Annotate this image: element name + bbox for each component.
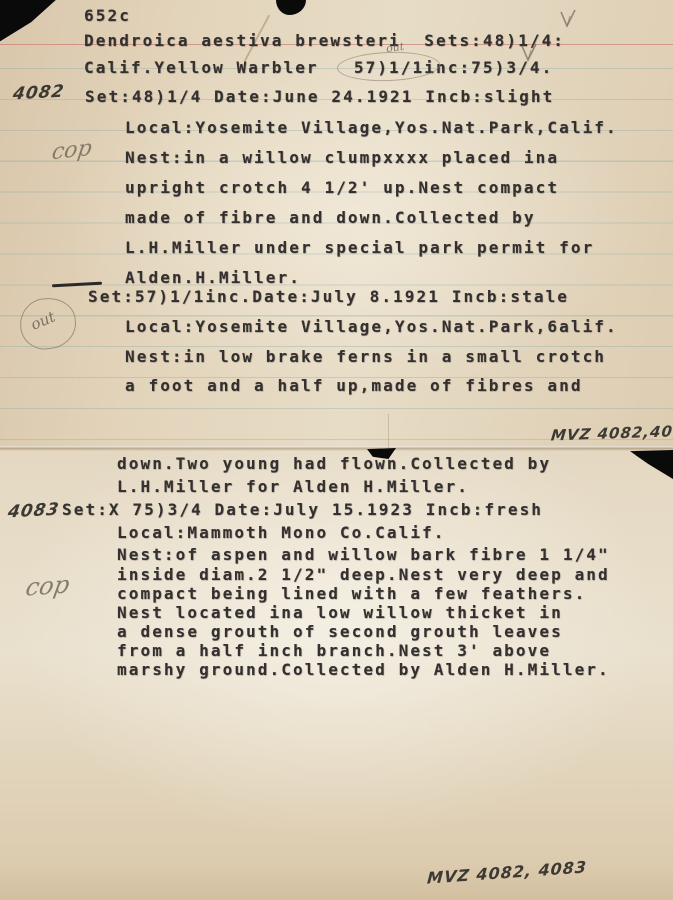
typed-line: Nest located ina low willow thicket in <box>117 604 563 622</box>
typed-line: inside diam.2 1/2" deep.Nest very deep a… <box>117 566 610 584</box>
typed-line: Nest:in low brake ferns in a small crotc… <box>125 348 606 366</box>
scanned-card-photo: 652c Dendroica aestiva brewsteri Sets:48… <box>0 0 673 900</box>
typed-line: Set:X 75)3/4 Date:July 15.1923 Incb:fres… <box>62 501 543 519</box>
typed-line: compact being lined with a few feathers. <box>117 585 586 603</box>
card-overlap-edge <box>0 446 673 451</box>
typed-line: down.Two young had flown.Collected by <box>117 455 551 473</box>
typed-line: Set:48)1/4 Date:June 24.1921 Incb:slight <box>85 88 554 106</box>
typed-line: Set:57)1/1inc.Date:July 8.1921 Incb:stal… <box>88 288 569 306</box>
typed-line: Nest:in a willow clumpxxxx placed ina <box>125 149 559 167</box>
typed-line: 652c <box>84 7 131 25</box>
typed-line: Calif.Yellow Warbler 57)1/1inc:75)3/4. <box>84 59 553 77</box>
typed-line: Nest:of aspen and willow bark fibre 1 1/… <box>117 546 610 564</box>
typed-line: L.H.Miller under special park permit for <box>125 239 594 257</box>
typed-line: upright crotch 4 1/2' up.Nest compact <box>125 179 559 197</box>
pencil-scribble: cop <box>50 136 93 166</box>
margin-catalog-number: 4083 <box>6 500 60 523</box>
typed-line: Local:Yosemite Village,Yos.Nat.Park,Cali… <box>125 119 618 137</box>
margin-catalog-number: 4082 <box>11 82 65 105</box>
typed-line: marshy ground.Collected by Alden H.Mille… <box>117 661 610 679</box>
typed-line: a foot and a half up,made of fibres and <box>125 377 583 395</box>
typed-line: Dendroica aestiva brewsteri Sets:48)1/4: <box>84 32 565 50</box>
typed-line: a dense grouth of second grouth leaves <box>117 623 563 641</box>
typed-line: Local:Yosemite Village,Yos.Nat.Park,6ali… <box>125 318 618 336</box>
typed-line: L.H.Miller for Alden H.Miller. <box>117 478 469 496</box>
pencil-scribble: cop <box>24 570 72 601</box>
typed-line: from a half inch branch.Nest 3' above <box>117 642 551 660</box>
typed-line: Local:Mammoth Mono Co.Calif. <box>117 524 446 542</box>
pencil-note: out <box>28 307 58 333</box>
typed-line: made of fibre and down.Collected by <box>125 209 536 227</box>
typed-line: Alden.H.Miller. <box>125 269 301 287</box>
